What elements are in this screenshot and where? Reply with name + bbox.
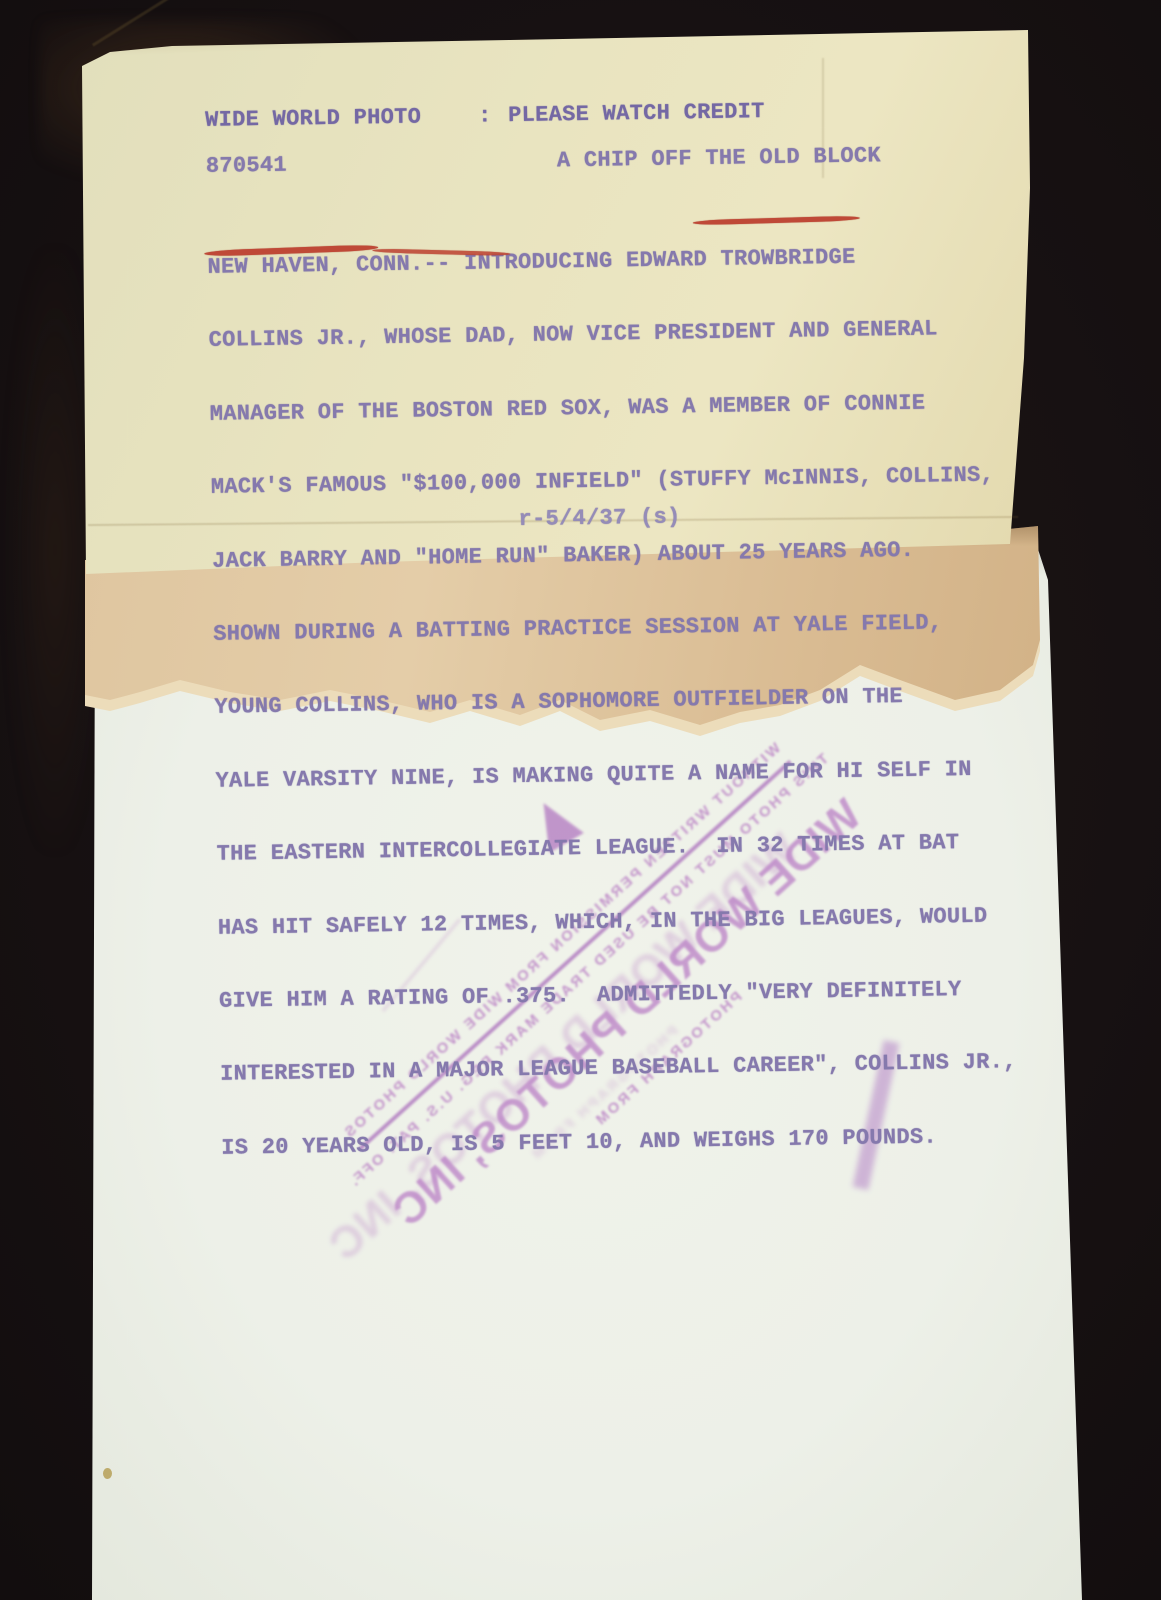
press-photo-back-scan: WIDE WORLD PHOTOS, INC PHOTOGRAPH FROM W… xyxy=(0,0,1161,1600)
header-separator: : xyxy=(478,103,492,128)
caption-line: YOUNG COLLINS, WHO IS A SOPHOMORE OUTFIE… xyxy=(214,684,1011,720)
caption-line: THE EASTERN INTERCOLLEGIATE LEAGUE. IN 3… xyxy=(217,830,1014,866)
caption-line: JACK BARRY AND "HOME RUN" BAKER) ABOUT 2… xyxy=(212,537,1009,573)
typed-caption-block: WIDE WORLD PHOTO : PLEASE WATCH CREDIT 8… xyxy=(198,95,1045,548)
caption-line: GIVE HIM A RATING OF .375. ADMITTEDLY "V… xyxy=(219,977,1016,1013)
caption-line: COLLINS JR., WHOSE DAD, NOW VICE PRESIDE… xyxy=(208,317,1005,353)
caption-title: A CHIP OFF THE OLD BLOCK xyxy=(557,143,881,173)
credit-notice: PLEASE WATCH CREDIT xyxy=(508,99,765,128)
photo-number: 870541 xyxy=(206,153,287,179)
caption-line: MANAGER OF THE BOSTON RED SOX, WAS A MEM… xyxy=(210,390,1007,426)
paper-stain xyxy=(103,1468,112,1479)
caption-line: SHOWN DURING A BATTING PRACTICE SESSION … xyxy=(213,610,1010,646)
agency-name: WIDE WORLD PHOTO xyxy=(205,104,421,132)
date-code: r-5/4/37 (s) xyxy=(518,504,680,532)
caption-line: MACK'S FAMOUS "$100,000 INFIELD" (STUFFY… xyxy=(211,464,1008,500)
caption-line: YALE VARSITY NINE, IS MAKING QUITE A NAM… xyxy=(215,757,1012,793)
caption-line: HAS HIT SAFELY 12 TIMES, WHICH, IN THE B… xyxy=(218,904,1015,940)
caption-line: IS 20 YEARS OLD, IS 5 FEET 10, AND WEIGH… xyxy=(221,1124,1018,1160)
caption-line: INTERESTED IN A MAJOR LEAGUE BASEBALL CA… xyxy=(220,1051,1017,1087)
caption-paragraph: NEW HAVEN, CONN.-- INTRODUCING EDWARD TR… xyxy=(207,193,1019,1209)
